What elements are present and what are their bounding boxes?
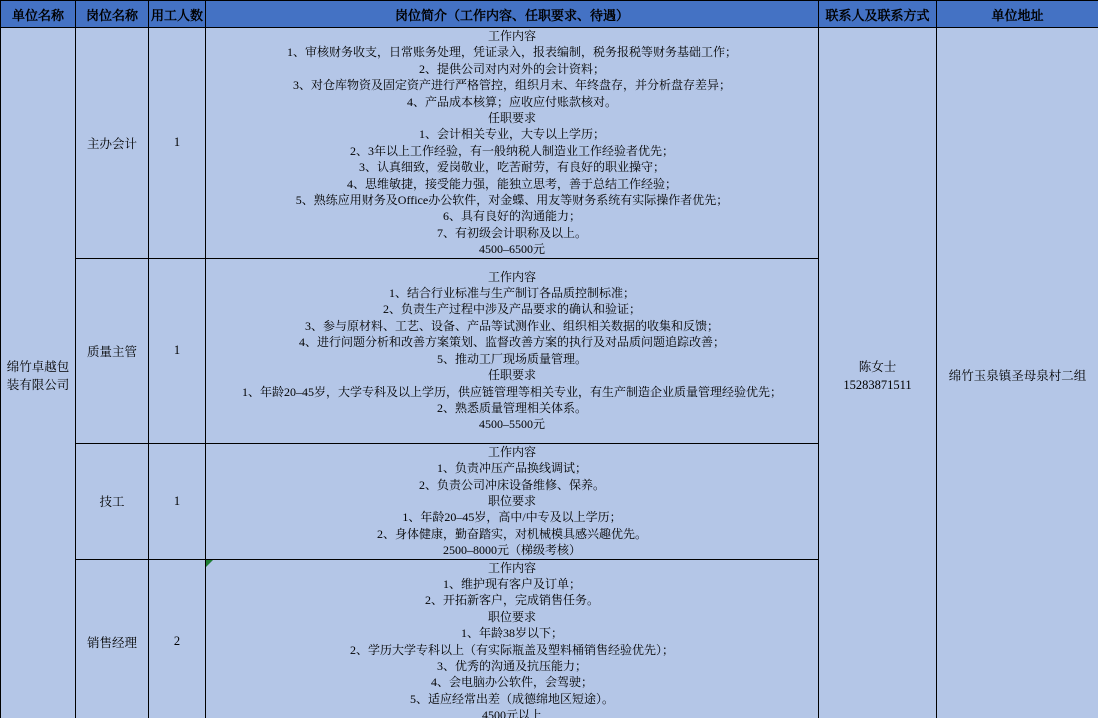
job-title-cell: 质量主管 — [76, 258, 149, 443]
column-header-contact: 联系人及联系方式 — [819, 1, 937, 28]
headcount-cell: 1 — [149, 443, 206, 559]
contact-cell: 陈女士 15283871511 — [819, 28, 937, 718]
column-header-headcount: 用工人数 — [149, 1, 206, 28]
company-name-cell: 绵竹卓越包装有限公司 — [1, 28, 76, 718]
job-description-cell: 工作内容 1、维护现有客户及订单； 2、开拓新客户，完成销售任务。 职位要求 1… — [206, 559, 819, 718]
job-description-cell: 工作内容 1、负责冲压产品换线调试； 2、负责公司冲床设备维修、保养。 职位要求… — [206, 443, 819, 559]
column-header-address: 单位地址 — [937, 1, 1098, 28]
column-header-unit-name: 单位名称 — [1, 1, 76, 28]
column-header-position-intro: 岗位简介（工作内容、任职要求、待遇） — [206, 1, 819, 28]
address-cell: 绵竹玉泉镇圣母泉村二组 — [937, 28, 1098, 718]
headcount-cell: 2 — [149, 559, 206, 718]
table-row: 绵竹卓越包装有限公司 主办会计 1 工作内容 1、审核财务收支，日常账务处理，凭… — [1, 28, 1098, 259]
job-description-cell: 工作内容 1、审核财务收支，日常账务处理，凭证录入，报表编制，税务报税等财务基础… — [206, 28, 819, 259]
job-postings-sheet: 单位名称 岗位名称 用工人数 岗位简介（工作内容、任职要求、待遇） 联系人及联系… — [0, 0, 1098, 718]
headcount-cell: 1 — [149, 258, 206, 443]
job-title-cell: 主办会计 — [76, 28, 149, 259]
job-description-text: 工作内容 1、维护现有客户及订单； 2、开拓新客户，完成销售任务。 职位要求 1… — [350, 561, 674, 718]
header-row: 单位名称 岗位名称 用工人数 岗位简介（工作内容、任职要求、待遇） 联系人及联系… — [1, 1, 1098, 28]
column-header-position-name: 岗位名称 — [76, 1, 149, 28]
headcount-cell: 1 — [149, 28, 206, 259]
job-title-cell: 销售经理 — [76, 559, 149, 718]
job-title-cell: 技工 — [76, 443, 149, 559]
cell-flag-icon — [206, 560, 213, 567]
job-description-cell: 工作内容 1、结合行业标准与生产制订各品质控制标准； 2、负责生产过程中涉及产品… — [206, 258, 819, 443]
job-postings-table: 单位名称 岗位名称 用工人数 岗位简介（工作内容、任职要求、待遇） 联系人及联系… — [0, 0, 1098, 718]
